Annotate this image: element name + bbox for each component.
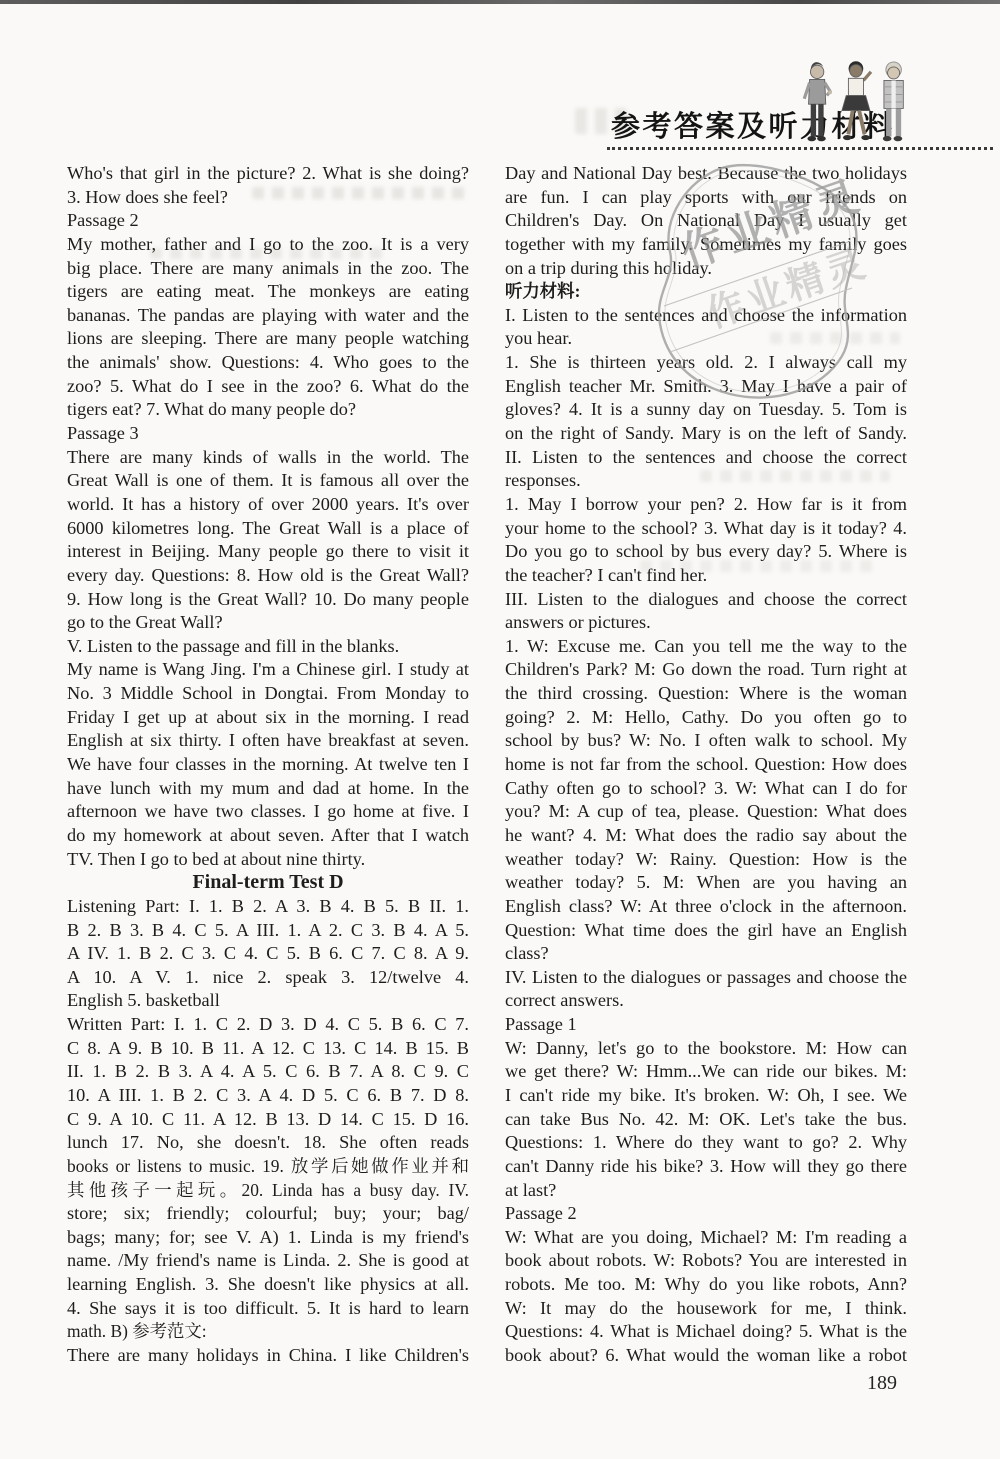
text-line: books or listens to music. 19. 放学后她做作业并和: [67, 1155, 469, 1179]
right-text-column: Day and National Day best. Because the t…: [505, 162, 907, 1368]
text-line: 4. She says it is too difficult. 5. It i…: [67, 1297, 469, 1321]
text-line: book about robots. W: Robots? You are in…: [505, 1249, 907, 1273]
text-line: II. Listen to the sentences and choose t…: [505, 446, 907, 470]
text-line: learning English. 3. She doesn't like ph…: [67, 1273, 469, 1297]
text-line: Written Part: I. 1. C 2. D 3. D 4. C 5. …: [67, 1013, 469, 1037]
text-line: go to the Great Wall?: [67, 611, 469, 635]
text-line: There are many holidays in China. I like…: [67, 1344, 469, 1368]
text-line: English class? W: At three o'clock in th…: [505, 895, 907, 919]
text-line: Great Wall is one of them. It is famous …: [67, 469, 469, 493]
text-line: store; six; friendly; colourful; buy; yo…: [67, 1202, 469, 1226]
text-line: school by bus? W: No. I often walk to sc…: [505, 729, 907, 753]
text-line: Questions: 1. Where do they want to go? …: [505, 1131, 907, 1155]
text-line: world. It has a history of over 2000 yea…: [67, 493, 469, 517]
text-line: afternoon we have two classes. I go home…: [67, 800, 469, 824]
text-line: 3. How does she feel?: [67, 186, 469, 210]
text-line: Friday I get up at about six in the morn…: [67, 706, 469, 730]
text-line: English at six thirty. I often have brea…: [67, 729, 469, 753]
text-line: 1. May I borrow your pen? 2. How far is …: [505, 493, 907, 517]
text-line: Who's that girl in the picture? 2. What …: [67, 162, 469, 186]
text-line: have lunch with my mum and dad at home. …: [67, 777, 469, 801]
text-line: Question: What time does the girl have a…: [505, 919, 907, 943]
text-line: your home to the school? 3. What day is …: [505, 517, 907, 541]
text-line: A 10. A V. 1. nice 2. speak 3. 12/twelve…: [67, 966, 469, 990]
text-line: I. Listen to the sentences and choose th…: [505, 304, 907, 328]
text-line: on a trip during this holiday.: [505, 257, 907, 281]
text-line: C 8. A 9. B 10. B 11. A 12. C 13. C 14. …: [67, 1037, 469, 1061]
text-line: home is not far from the school. Questio…: [505, 753, 907, 777]
text-line: 其他孩子一起玩。20. Linda has a busy day. IV.: [67, 1179, 469, 1203]
text-line: I can't ride my bike. It's broken. W: Oh…: [505, 1084, 907, 1108]
text-line: the teacher? I can't find her.: [505, 564, 907, 588]
text-line: My name is Wang Jing. I'm a Chinese girl…: [67, 658, 469, 682]
text-line: C 9. A 10. C 11. A 12. B 13. D 14. C 15.…: [67, 1108, 469, 1132]
text-line: weather today? W: Rainy. Question: How i…: [505, 848, 907, 872]
text-line: English teacher Mr. Smith. 3. May I have…: [505, 375, 907, 399]
text-line: lunch 17. No, she doesn't. 18. She often…: [67, 1131, 469, 1155]
text-line: correct answers.: [505, 989, 907, 1013]
text-line: English 5. basketball: [67, 989, 469, 1013]
text-line: tigers eat? 7. What do many people do?: [67, 398, 469, 422]
text-line: interest in Beijing. Many people go ther…: [67, 540, 469, 564]
text-line: responses.: [505, 469, 907, 493]
text-line: together with my family. Sometimes my fa…: [505, 233, 907, 257]
text-line: Passage 2: [505, 1202, 907, 1226]
text-line: Children's Day. On National Day I usuall…: [505, 209, 907, 233]
text-line: bananas. The pandas are playing with wat…: [67, 304, 469, 328]
text-line: Listening Part: I. 1. B 2. A 3. B 4. B 5…: [67, 895, 469, 919]
text-line: V. Listen to the passage and fill in the…: [67, 635, 469, 659]
text-line: Final-term Test D: [67, 871, 469, 895]
page-number: 189: [850, 1372, 914, 1395]
text-line: No. 3 Middle School in Dongtai. From Mon…: [67, 682, 469, 706]
text-line: the third crossing. Question: Where is t…: [505, 682, 907, 706]
text-line: B 2. B 3. B 4. C 5. A III. 1. A 2. C 3. …: [67, 919, 469, 943]
text-line: gloves? 4. It is a sunny day on Tuesday.…: [505, 398, 907, 422]
text-line: We have four classes in the morning. At …: [67, 753, 469, 777]
text-line: book about? 6. What would the woman like…: [505, 1344, 907, 1368]
text-line: My mother, father and I go to the zoo. I…: [67, 233, 469, 257]
text-line: going? 2. M: Hello, Cathy. Do you often …: [505, 706, 907, 730]
text-line: Children's Park? M: Go down the road. Tu…: [505, 658, 907, 682]
text-line: name. /My friend's name is Linda. 2. She…: [67, 1249, 469, 1273]
text-line: III. Listen to the dialogues and choose …: [505, 588, 907, 612]
scan-edge-artifact: [0, 0, 1000, 4]
text-line: Do you go to school by bus every day? 5.…: [505, 540, 907, 564]
text-line: class?: [505, 942, 907, 966]
text-line: robots. Me too. M: Why do you like robot…: [505, 1273, 907, 1297]
text-line: W: What are you doing, Michael? M: I'm r…: [505, 1226, 907, 1250]
text-line: TV. Then I go to bed at about nine thirt…: [67, 848, 469, 872]
text-line: W: Danny, let's go to the bookstore. M: …: [505, 1037, 907, 1061]
text-line: 9. How long is the Great Wall? 10. Do ma…: [67, 588, 469, 612]
text-line: the animals' show. Questions: 4. Who goe…: [67, 351, 469, 375]
text-line: big place. There are many animals in the…: [67, 257, 469, 281]
text-line: A IV. 1. B 2. C 3. C 4. C 5. B 6. C 7. C…: [67, 942, 469, 966]
dotted-divider: [607, 147, 993, 150]
text-line: W: It may do the housework for me, I thi…: [505, 1297, 907, 1321]
text-line: II. 1. B 2. B 3. A 4. A 5. C 6. B 7. A 8…: [67, 1060, 469, 1084]
text-line: 1. W: Excuse me. Can you tell me the way…: [505, 635, 907, 659]
text-line: 1. She is thirteen years old. 2. I alway…: [505, 351, 907, 375]
text-line: Questions: 4. What is Michael doing? 5. …: [505, 1320, 907, 1344]
text-line: math. B) 参考范文:: [67, 1320, 469, 1344]
text-line: tigers are eating meat. The monkeys are …: [67, 280, 469, 304]
text-line: on the right of Sandy. Mary is on the le…: [505, 422, 907, 446]
text-line: do my homework at about seven. After tha…: [67, 824, 469, 848]
text-line: Passage 2: [67, 209, 469, 233]
text-line: we get there? W: Hmm...We can ride our b…: [505, 1060, 907, 1084]
text-line: at last?: [505, 1179, 907, 1203]
text-line: Day and National Day best. Because the t…: [505, 162, 907, 186]
text-line: Passage 3: [67, 422, 469, 446]
text-line: Passage 1: [505, 1013, 907, 1037]
text-line: can't Danny ride his bike? 3. How will t…: [505, 1155, 907, 1179]
text-line: 6000 kilometres long. The Great Wall is …: [67, 517, 469, 541]
text-line: he want? 4. M: What does the radio say a…: [505, 824, 907, 848]
text-line: you? M: A cup of tea, please. Question: …: [505, 800, 907, 824]
text-line: are fun. I can play sports with our frie…: [505, 186, 907, 210]
text-line: can take Bus No. 42. M: OK. Let's take t…: [505, 1108, 907, 1132]
left-text-column: Who's that girl in the picture? 2. What …: [67, 162, 469, 1368]
three-students-illustration: [801, 54, 913, 150]
text-line: every day. Questions: 8. How old is the …: [67, 564, 469, 588]
text-line: 听力材料:: [505, 280, 907, 304]
text-line: lions are sleeping. There are many peopl…: [67, 327, 469, 351]
text-line: zoo? 5. What do I see in the zoo? 6. Wha…: [67, 375, 469, 399]
text-line: weather today? 5. M: When are you having…: [505, 871, 907, 895]
text-line: answers or pictures.: [505, 611, 907, 635]
scanned-textbook-page: 参考答案及听力材料: [0, 0, 1000, 1459]
text-line: 10. A III. 1. B 2. C 3. A 4. D 5. C 6. B…: [67, 1084, 469, 1108]
text-line: There are many kinds of walls in the wor…: [67, 446, 469, 470]
text-line: you hear.: [505, 327, 907, 351]
text-line: bags; many; for; see V. A) 1. Linda is m…: [67, 1226, 469, 1250]
text-line: IV. Listen to the dialogues or passages …: [505, 966, 907, 990]
text-line: Cathy often go to school? 3. W: What can…: [505, 777, 907, 801]
